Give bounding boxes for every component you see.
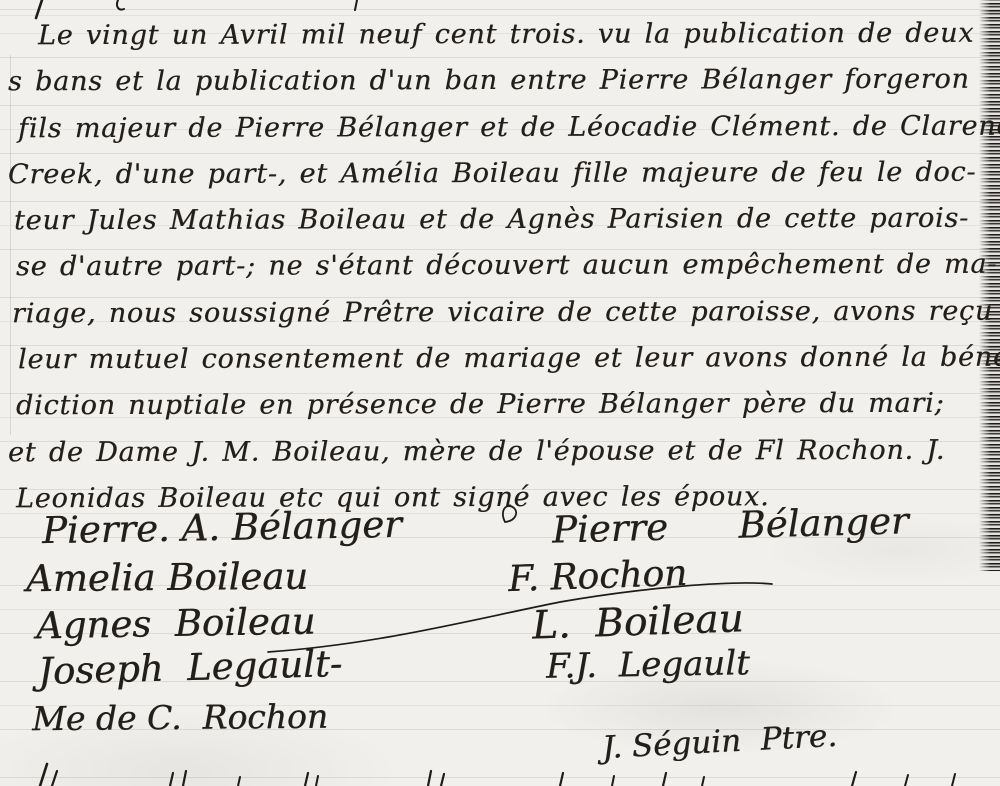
signature-joseph-legault: Joseph Legault- — [37, 642, 342, 693]
scanned-register-page: Le vingt un Avril mil neuf cent trois. v… — [0, 0, 1000, 786]
record-line: Creek, d'une part-, et Amélia Boileau fi… — [8, 150, 976, 199]
record-line: diction nuptiale en présence de Pierre B… — [8, 381, 976, 430]
record-line: s bans et la publication d'un ban entre … — [8, 57, 976, 106]
record-line: Le vingt un Avril mil neuf cent trois. v… — [8, 11, 976, 60]
signature-pierre-belanger: Pierre Bélanger — [551, 499, 909, 551]
record-line: teur Jules Mathias Boileau et de Agnès P… — [8, 196, 976, 245]
signature-m-de-c-rochon: Me de C. Rochon — [32, 697, 328, 739]
record-line: se d'autre part-; ne s'étant découvert a… — [8, 242, 976, 291]
signature-j-seguin-ptre: J. Séguin Ptre. — [601, 718, 838, 766]
record-line: riage, nous soussigné Prêtre vicaire de … — [8, 289, 976, 338]
signature-f-rochon: F. Rochon — [507, 553, 688, 600]
signature-amelia-boileau: Amelia Boileau — [26, 555, 308, 600]
record-body: Le vingt un Avril mil neuf cent trois. v… — [8, 12, 976, 521]
record-line: leur mutuel consentement de mariage et l… — [8, 335, 976, 384]
record-line: fils majeur de Pierre Bélanger et de Léo… — [8, 103, 976, 152]
record-line: et de Dame J. M. Boileau, mère de l'épou… — [8, 427, 976, 476]
signature-fj-legault: F.J. Legault — [546, 643, 750, 687]
signature-pierre-a-belanger: Pierre. A. Bélanger — [42, 503, 402, 552]
signature-l-boileau: L. Boileau — [531, 596, 744, 648]
signature-agnes-boileau: Agnes Boileau — [36, 600, 316, 648]
